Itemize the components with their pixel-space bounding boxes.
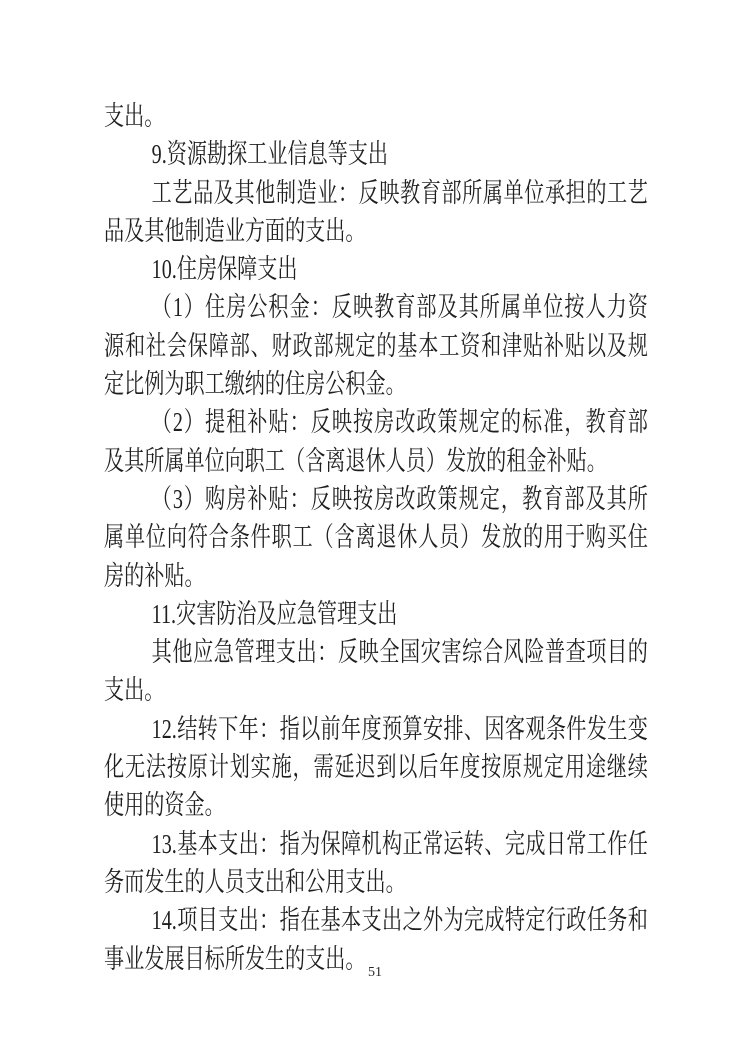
text-line: 源和社会保障部、财政部规定的基本工资和津贴补贴以及规 bbox=[104, 327, 648, 365]
page-number: 51 bbox=[0, 965, 750, 981]
text-line: 支出。 bbox=[104, 671, 648, 709]
text-line: （2）提租补贴：反映按房改政策规定的标准，教育部 bbox=[104, 403, 648, 441]
text-line: 品及其他制造业方面的支出。 bbox=[104, 212, 648, 250]
text-line: 支出。 bbox=[104, 97, 648, 135]
text-line: （1）住房公积金：反映教育部及其所属单位按人力资 bbox=[104, 288, 648, 326]
text-line: 13.基本支出：指为保障机构正常运转、完成日常工作任 bbox=[104, 825, 648, 863]
text-line: 务而发生的人员支出和公用支出。 bbox=[104, 863, 648, 901]
text-line: 使用的资金。 bbox=[104, 786, 648, 824]
text-line: 化无法按原计划实施，需延迟到以后年度按原规定用途继续 bbox=[104, 748, 648, 786]
text-line: 其他应急管理支出：反映全国灾害综合风险普查项目的 bbox=[104, 633, 648, 671]
text-line: 房的补贴。 bbox=[104, 557, 648, 595]
text-line: 11.灾害防治及应急管理支出 bbox=[104, 595, 648, 633]
text-line: 12.结转下年：指以前年度预算安排、因客观条件发生变 bbox=[104, 710, 648, 748]
text-line: 定比例为职工缴纳的住房公积金。 bbox=[104, 365, 648, 403]
text-line: （3）购房补贴：反映按房改政策规定，教育部及其所 bbox=[104, 480, 648, 518]
text-line: 9.资源勘探工业信息等支出 bbox=[104, 135, 648, 173]
text-line: 10.住房保障支出 bbox=[104, 250, 648, 288]
text-line: 14.项目支出：指在基本支出之外为完成特定行政任务和 bbox=[104, 901, 648, 939]
text-line: 及其所属单位向职工（含离退休人员）发放的租金补贴。 bbox=[104, 442, 648, 480]
text-line: 工艺品及其他制造业：反映教育部所属单位承担的工艺 bbox=[104, 174, 648, 212]
document-page: 支出。9.资源勘探工业信息等支出工艺品及其他制造业：反映教育部所属单位承担的工艺… bbox=[0, 0, 750, 1060]
document-body-text: 支出。9.资源勘探工业信息等支出工艺品及其他制造业：反映教育部所属单位承担的工艺… bbox=[104, 97, 648, 978]
text-line: 属单位向符合条件职工（含离退休人员）发放的用于购买住 bbox=[104, 518, 648, 556]
